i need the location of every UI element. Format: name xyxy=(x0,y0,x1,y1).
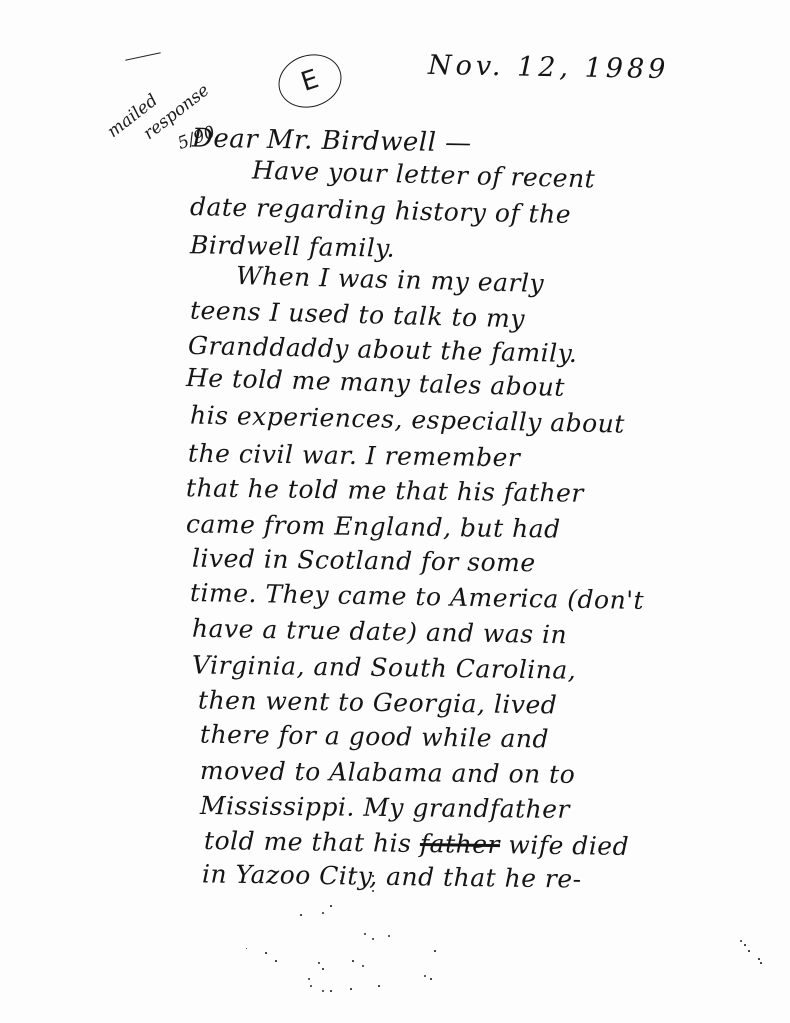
letter-line: When I was in my early xyxy=(236,261,545,298)
letter-line: Virginia, and South Carolina, xyxy=(192,650,577,684)
letter-line: lived in Scotland for some xyxy=(192,544,536,578)
letter-line: Mississippi. My grandfather xyxy=(200,791,570,824)
letter-line: then went to Georgia, lived xyxy=(198,685,558,719)
struck-word: father xyxy=(420,829,500,859)
letter-page: mailed response 5/90 E Nov. 12, 1989 Dea… xyxy=(0,0,790,1023)
letter-line: time. They came to America (don't xyxy=(190,578,645,615)
letter-line: date regarding history of the xyxy=(190,192,572,229)
letter-line: Birdwell family. xyxy=(190,230,396,263)
letter-line: the civil war. I remember xyxy=(188,439,521,473)
letter-line: teens I used to talk to my xyxy=(190,296,526,334)
letter-line: his experiences, especially about xyxy=(190,400,625,438)
letter-line: that he told me that his father xyxy=(186,473,584,508)
letter-line: there for a good while and xyxy=(200,720,549,754)
letter-line: Have your letter of recent xyxy=(252,156,596,194)
letter-body: Have your letter of recentdate regarding… xyxy=(0,0,790,1023)
letter-line: have a true date) and was in xyxy=(192,614,568,650)
letter-line: told me that his father wife died xyxy=(204,826,629,861)
letter-line: He told me many tales about xyxy=(186,363,566,402)
letter-line: moved to Alabama and on to xyxy=(200,756,576,789)
letter-line: Granddaddy about the family. xyxy=(188,331,578,368)
letter-line: in Yazoo City, and that he re- xyxy=(202,859,582,893)
letter-line: came from England, but had xyxy=(186,509,561,543)
